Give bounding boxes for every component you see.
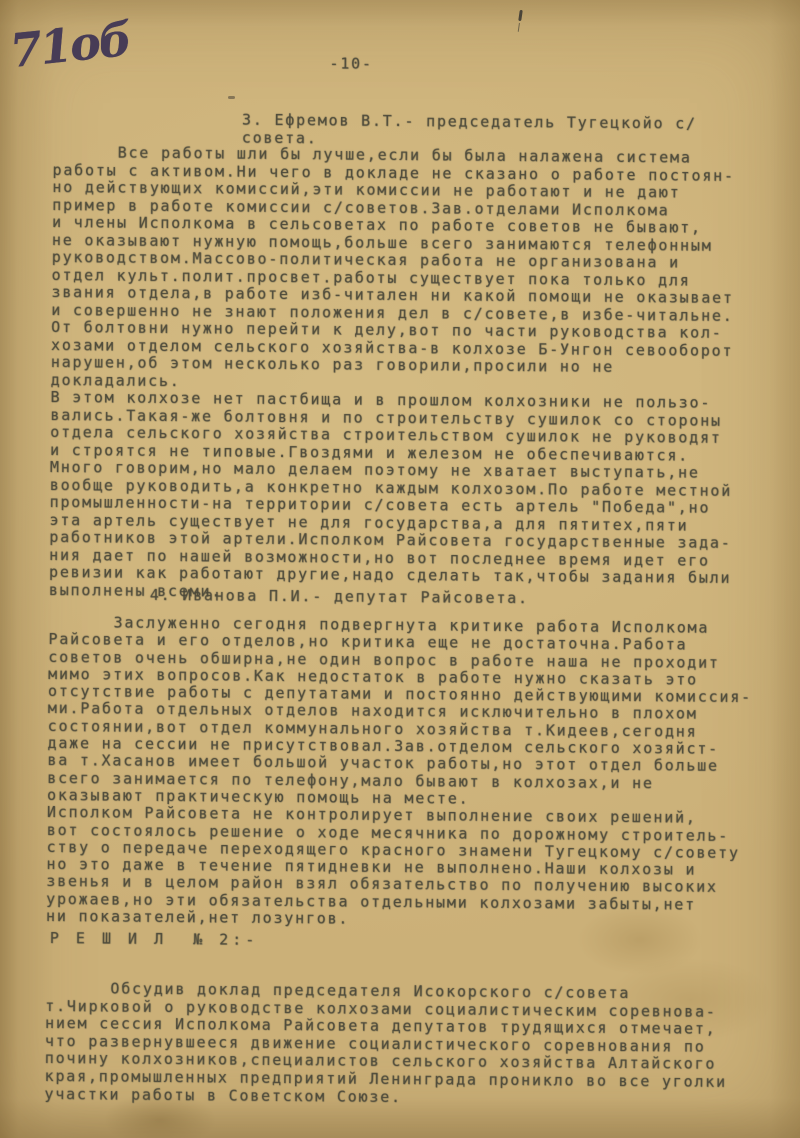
section-4-heading: 4. Иванова П.И.- депутат Райсовета. [150, 586, 670, 609]
section-4-body: Заслуженно сегодня подвергнута критике р… [46, 614, 755, 931]
section-3-body: Все работы шли бы лучше,если бы была нал… [49, 144, 753, 605]
resolution-heading: Р Е Ш И Л № 2:- [50, 929, 259, 949]
resolution-body: Обсудив доклад председателя Исокорского … [44, 980, 751, 1109]
document-content: -10- 3. Ефремов В.Т.- председатель Тугец… [0, 0, 800, 1138]
page-number: -10- [329, 54, 372, 72]
